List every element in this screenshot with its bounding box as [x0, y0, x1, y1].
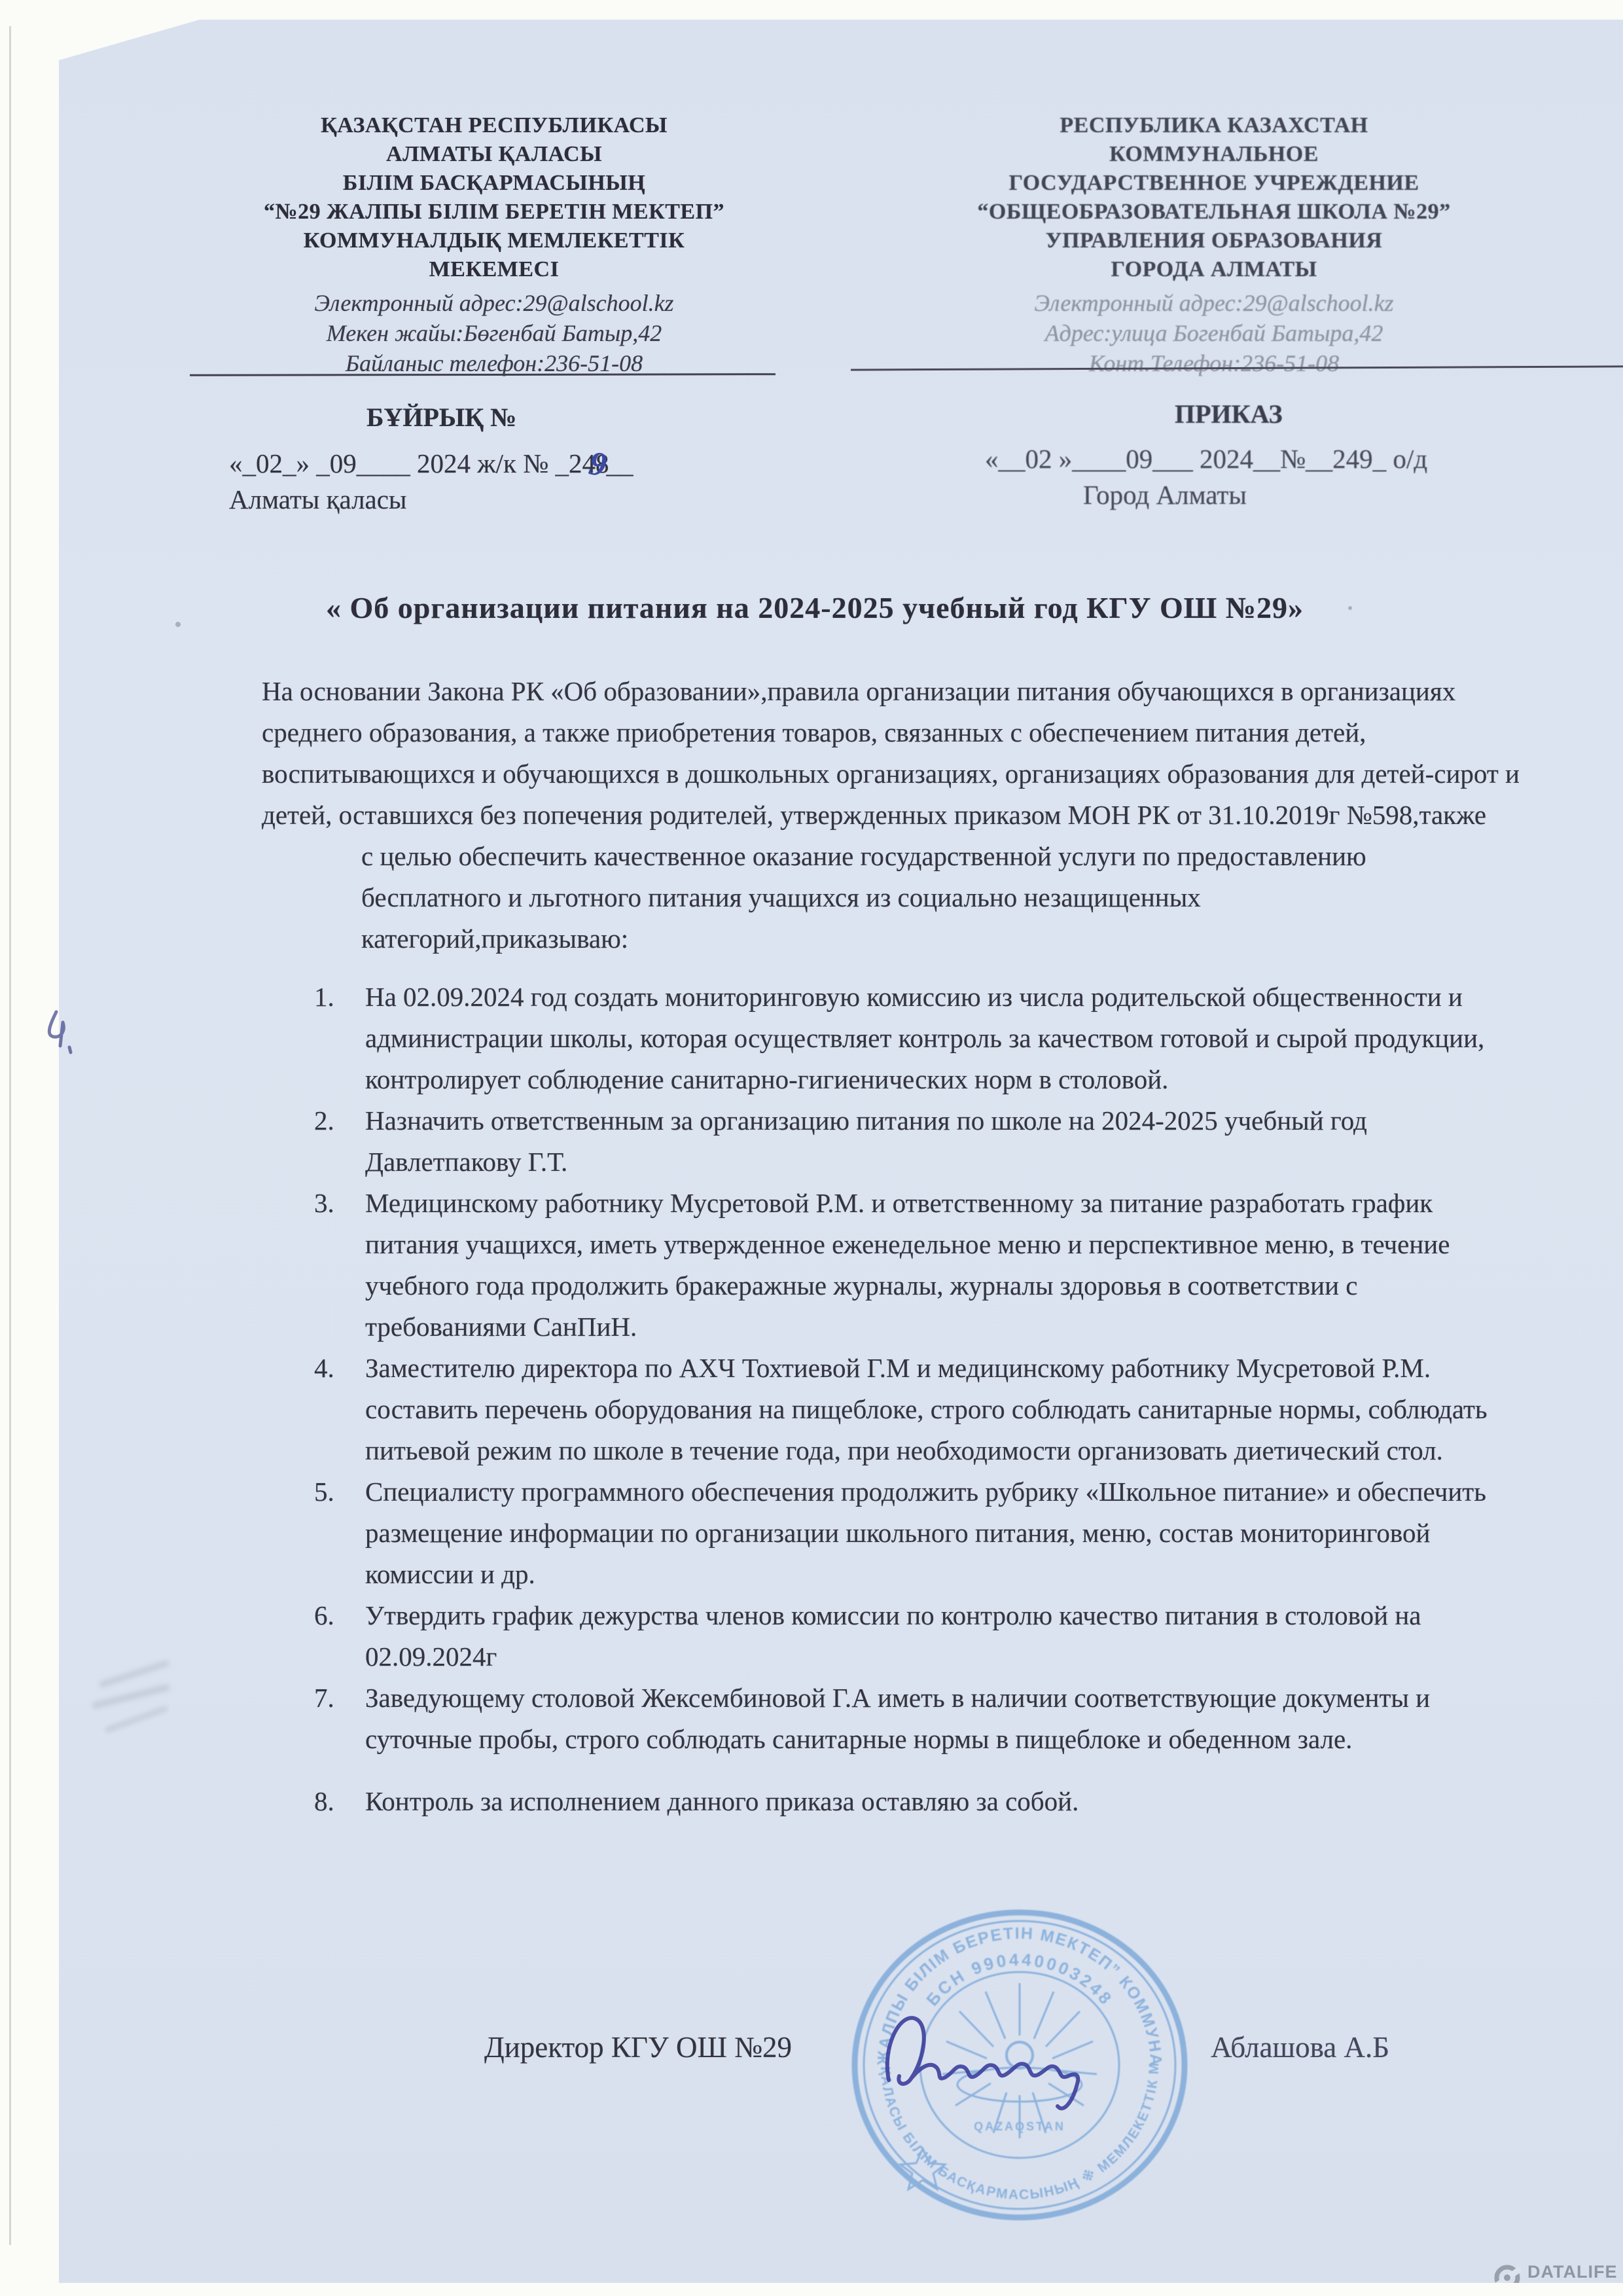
date-suffix: __: [607, 448, 633, 478]
order-date-line-ru: «__02 »____09___ 2024__№__249_ о/д: [985, 442, 1548, 475]
datalife-eye-icon: [1493, 2264, 1521, 2284]
datalife-watermark: DATALIFE ENGINE SOFTNEWS MEDIA GROUP: [1493, 2262, 1623, 2283]
document-body: На основании Закона РК «Об образовании»,…: [262, 671, 1561, 1822]
margin-ink-mark: [37, 1007, 82, 1059]
scanned-order-document: ҚАЗАҚСТАН РЕСПУБЛИКАСЫАЛМАТЫ ҚАЛАСЫБІЛІМ…: [0, 0, 1623, 2296]
director-role-label: Директор КГУ ОШ №29: [484, 2030, 792, 2064]
header-right-column: РЕСПУБЛИКА КАЗАХСТАНКОММУНАЛЬНОЕГОСУДАРС…: [903, 111, 1525, 378]
document-title: « Об организации питания на 2024-2025 уч…: [157, 590, 1472, 625]
order-city-ru: Город Алматы: [985, 479, 1548, 511]
order-item: Назначить ответственным за организацию п…: [314, 1100, 1518, 1183]
org-name-line: МЕКЕМЕСІ: [183, 255, 805, 284]
order-item: Утвердить график дежурства членов комисс…: [314, 1595, 1518, 1677]
contact-line: Конт.Телефон:236-51-08: [903, 348, 1525, 378]
scan-speck: [1348, 606, 1352, 610]
order-item: Контроль за исполнением данного приказа …: [314, 1781, 1518, 1822]
header-left-column: ҚАЗАҚСТАН РЕСПУБЛИКАСЫАЛМАТЫ ҚАЛАСЫБІЛІМ…: [183, 111, 805, 378]
scan-speck: [175, 622, 181, 627]
org-name-line: БІЛІМ БАСҚАРМАСЫНЫҢ: [183, 169, 805, 198]
order-heading-ru: ПРИКАЗ: [985, 399, 1548, 429]
order-item: На 02.09.2024 год создать мониторинговую…: [314, 977, 1518, 1100]
order-items-list: На 02.09.2024 год создать мониторинговую…: [314, 977, 1518, 1822]
contact-line: Мекен жайы:Бөгенбай Батыр,42: [183, 318, 805, 348]
org-name-lines-ru: РЕСПУБЛИКА КАЗАХСТАНКОММУНАЛЬНОЕГОСУДАРС…: [903, 111, 1525, 284]
org-name-line: ГОСУДАРСТВЕННОЕ УЧРЕЖДЕНИЕ: [903, 169, 1525, 198]
contact-lines-ru: Электронный адрес:29@alschool.kzАдрес:ул…: [903, 288, 1525, 378]
contact-line: Электронный адрес:29@alschool.kz: [183, 288, 805, 318]
order-heading-kk: БҰЙРЫҚ №: [229, 403, 805, 433]
preamble-paragraph: На основании Закона РК «Об образовании»,…: [262, 671, 1561, 836]
org-name-line: КОММУНАЛДЫҚ МЕМЛЕКЕТТІК: [183, 226, 805, 255]
org-name-line: КОММУНАЛЬНОЕ: [903, 140, 1525, 169]
org-name-line: “ОБЩЕОБРАЗОВАТЕЛЬНАЯ ШКОЛА №29”: [903, 198, 1525, 226]
org-name-line: РЕСПУБЛИКА КАЗАХСТАН: [903, 111, 1525, 140]
org-name-line: ГОРОДА АЛМАТЫ: [903, 255, 1525, 284]
director-name: Аблашова А.Б: [1211, 2030, 1389, 2064]
org-name-line: АЛМАТЫ ҚАЛАСЫ: [183, 140, 805, 169]
order-city-kk: Алматы қаласы: [229, 484, 805, 515]
order-block-kk: БҰЙРЫҚ № «_02_» _09____ 2024 ж/к № _2489…: [229, 403, 805, 515]
org-name-lines-kk: ҚАЗАҚСТАН РЕСПУБЛИКАСЫАЛМАТЫ ҚАЛАСЫБІЛІМ…: [183, 111, 805, 284]
contact-line: Адрес:улица Богенбай Батыра,42: [903, 318, 1525, 348]
org-name-line: “№29 ЖАЛПЫ БІЛІМ БЕРЕТІН МЕКТЕП”: [183, 198, 805, 226]
date-prefix: «_02_» _09____ 2024 ж/к № _248: [229, 448, 609, 478]
order-item: Заведующему столовой Жексембиновой Г.А и…: [314, 1677, 1518, 1760]
watermark-subtitle: SOFTNEWS MEDIA GROUP: [1527, 2282, 1623, 2283]
org-name-line: ҚАЗАҚСТАН РЕСПУБЛИКАСЫ: [183, 111, 805, 140]
order-item: Специалисту программного обеспечения про…: [314, 1471, 1518, 1595]
order-date-line-kk: «_02_» _09____ 2024 ж/к № _2489__: [229, 446, 805, 480]
org-name-line: УПРАВЛЕНИЯ ОБРАЗОВАНИЯ: [903, 226, 1525, 255]
page-corner-artifact: [59, 20, 200, 60]
watermark-title: DATALIFE ENGINE: [1527, 2262, 1623, 2282]
order-item: Заместителю директора по АХЧ Тохтиевой Г…: [314, 1348, 1518, 1471]
pencil-smudge-artifact: [92, 1659, 183, 1744]
order-item: Медицинскому работнику Мусретовой Р.М. и…: [314, 1183, 1518, 1348]
contact-lines-kk: Электронный адрес:29@alschool.kzМекен жа…: [183, 288, 805, 378]
director-handwritten-signature: [877, 2001, 1113, 2126]
document-page: ҚАЗАҚСТАН РЕСПУБЛИКАСЫАЛМАТЫ ҚАЛАСЫБІЛІМ…: [59, 20, 1623, 2283]
contact-line: Электронный адрес:29@alschool.kz: [903, 288, 1525, 318]
order-block-ru: ПРИКАЗ «__02 »____09___ 2024__№__249_ о/…: [985, 399, 1548, 511]
scanner-edge-artifact: [9, 26, 11, 2245]
purpose-paragraph: с целью обеспечить качественное оказание…: [361, 836, 1474, 960]
